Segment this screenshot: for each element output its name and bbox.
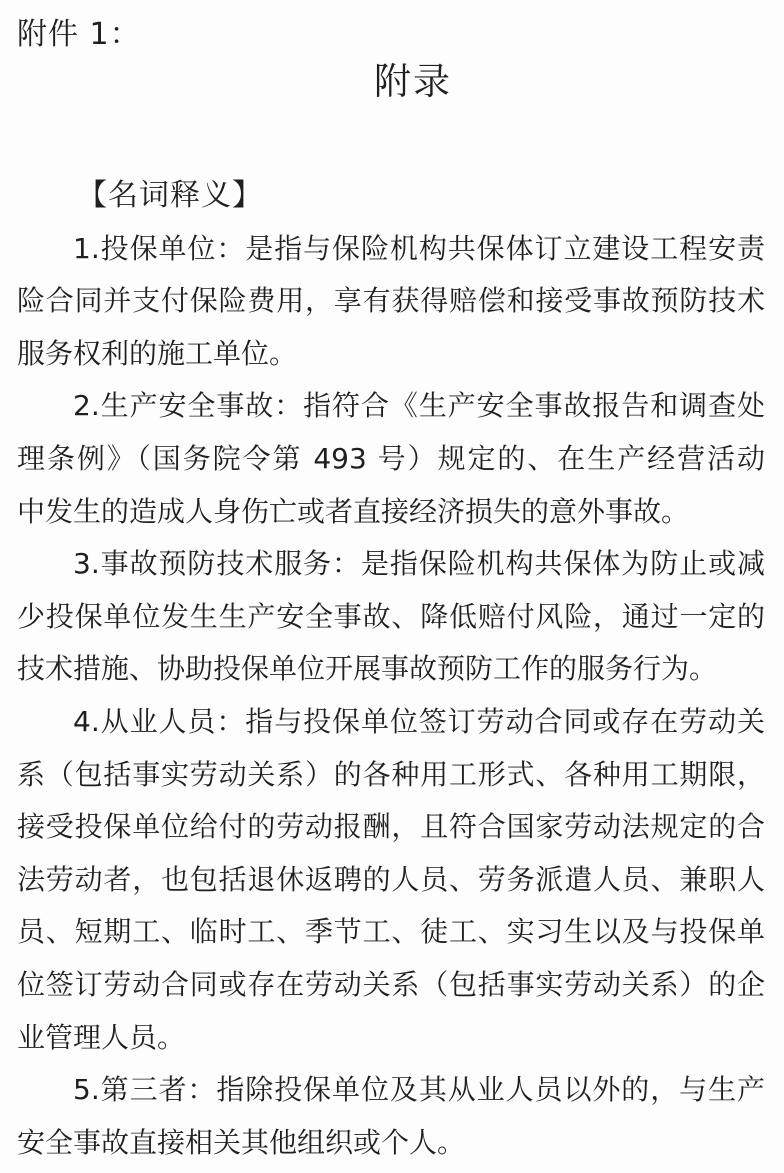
definition-4-line-4: 法劳动者，也包括退休返聘的人员、劳务派遣人员、兼职人 [17, 854, 765, 907]
definition-2-line-1: 2.生产安全事故：指符合《生产安全事故报告和调查处 [17, 380, 765, 433]
definition-2-line-3: 中发生的造成人身伤亡或者直接经济损失的意外事故。 [17, 486, 765, 539]
definition-4-line-2: 系（包括事实劳动关系）的各种用工形式、各种用工期限， [17, 749, 765, 802]
definition-4-line-5: 员、短期工、临时工、季节工、徒工、实习生以及与投保单 [17, 906, 765, 959]
definition-1-line-1: 1.投保单位：是指与保险机构共保体订立建设工程安责 [17, 223, 765, 276]
section-heading: 【名词释义】 [17, 170, 765, 223]
attachment-label: 附件 1： [17, 12, 765, 58]
definition-3-line-1: 3.事故预防技术服务：是指保险机构共保体为防止或减 [17, 538, 765, 591]
paragraph-list: 1.投保单位：是指与保险机构共保体订立建设工程安责险合同并支付保险费用，享有获得… [17, 223, 765, 1170]
document-body: 【名词释义】 1.投保单位：是指与保险机构共保体订立建设工程安责险合同并支付保险… [17, 170, 765, 1169]
definition-4-line-6: 位签订劳动合同或存在劳动关系（包括事实劳动关系）的企 [17, 959, 765, 1012]
definition-4-line-7: 业管理人员。 [17, 1012, 765, 1065]
definition-4-line-3: 接受投保单位给付的劳动报酬，且符合国家劳动法规定的合 [17, 801, 765, 854]
definition-2-line-2: 理条例》（国务院令第 493 号）规定的、在生产经营活动 [17, 433, 765, 486]
definition-1-line-2: 险合同并支付保险费用，享有获得赔偿和接受事故预防技术 [17, 275, 765, 328]
definition-5-line-2: 安全事故直接相关其他组织或个人。 [17, 1117, 765, 1170]
definition-1-line-3: 服务权利的施工单位。 [17, 328, 765, 381]
document-title: 附录 [17, 58, 765, 106]
definition-3-line-3: 技术措施、协助投保单位开展事故预防工作的服务行为。 [17, 643, 765, 696]
document-page: 附件 1： 附录 【名词释义】 1.投保单位：是指与保险机构共保体订立建设工程安… [0, 0, 784, 1173]
definition-4-line-1: 4.从业人员：指与投保单位签订劳动合同或存在劳动关 [17, 696, 765, 749]
definition-3-line-2: 少投保单位发生生产安全事故、降低赔付风险，通过一定的 [17, 591, 765, 644]
definition-5-line-1: 5.第三者：指除投保单位及其从业人员以外的，与生产 [17, 1064, 765, 1117]
